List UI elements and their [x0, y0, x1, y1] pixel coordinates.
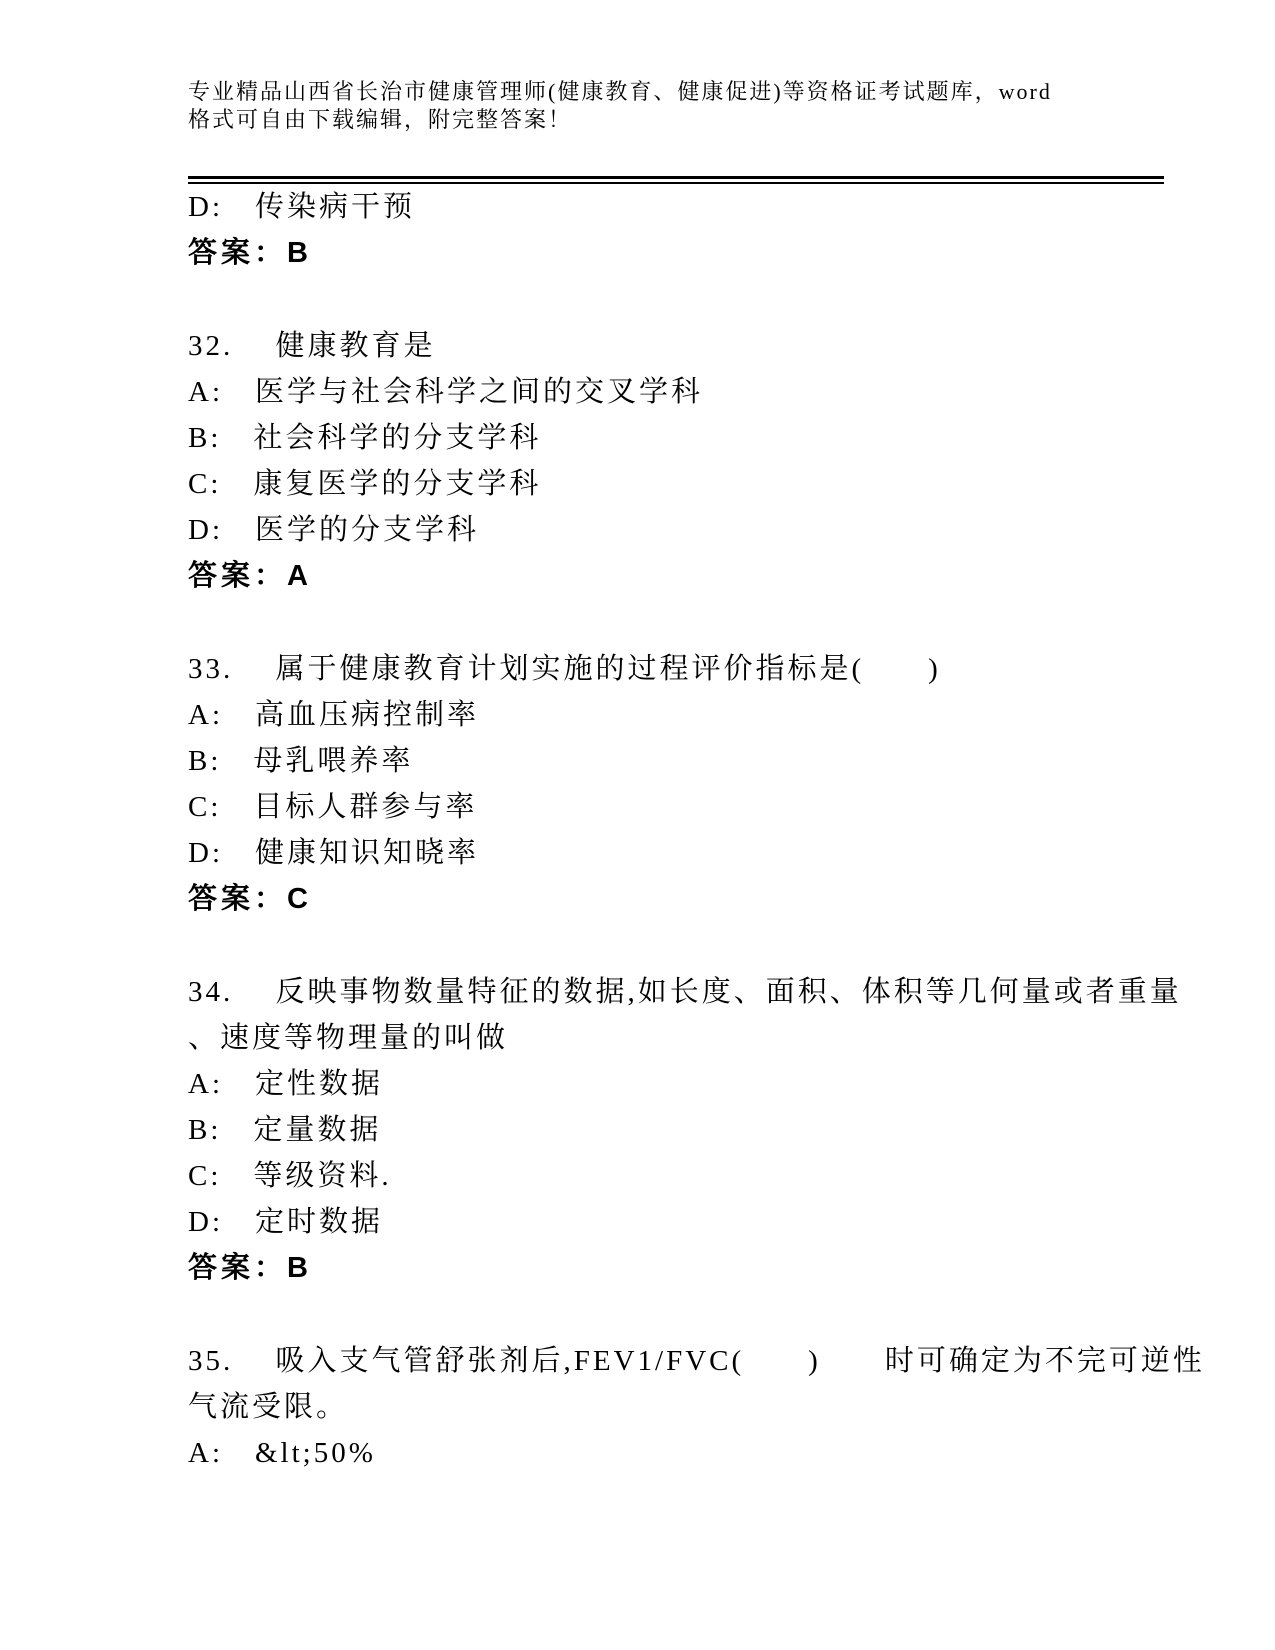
- q34-answer: 答案：B: [188, 1245, 1164, 1291]
- q33-title: 33. 属于健康教育计划实施的过程评价指标是( ): [188, 646, 1164, 692]
- q31-option-d: D: 传染病干预: [188, 184, 1164, 230]
- question-list: D: 传染病干预 答案：B 32. 健康教育是 A: 医学与社会科学之间的交叉学…: [188, 184, 1164, 1476]
- q35-option-a: A: &lt;50%: [188, 1430, 1164, 1476]
- q33-option-a: A: 高血压病控制率: [188, 692, 1164, 738]
- q33-answer: 答案：C: [188, 876, 1164, 922]
- header-line-1: 专业精品山西省长治市健康管理师(健康教育、健康促进)等资格证考试题库，word: [188, 78, 1164, 106]
- q34-option-b: B: 定量数据: [188, 1107, 1164, 1153]
- q35-title-line-2: 气流受限。: [188, 1384, 1164, 1430]
- q34-title-line-1: 34. 反映事物数量特征的数据,如长度、面积、体积等几何量或者重量: [188, 969, 1164, 1015]
- q32-answer: 答案：A: [188, 553, 1164, 599]
- q33-option-b: B: 母乳喂养率: [188, 738, 1164, 784]
- page-header: 专业精品山西省长治市健康管理师(健康教育、健康促进)等资格证考试题库，word …: [188, 0, 1164, 134]
- q33-option-c: C: 目标人群参与率: [188, 784, 1164, 830]
- document-page: { "header": { "line1": "专业精品山西省长治市健康管理师(…: [0, 0, 1275, 1650]
- q34-option-d: D: 定时数据: [188, 1199, 1164, 1245]
- header-line-2: 格式可自由下载编辑，附完整答案！: [188, 106, 1164, 134]
- q32-option-b: B: 社会科学的分支学科: [188, 415, 1164, 461]
- q32-option-d: D: 医学的分支学科: [188, 507, 1164, 553]
- page-content: 专业精品山西省长治市健康管理师(健康教育、健康促进)等资格证考试题库，word …: [188, 0, 1164, 1476]
- q34-option-a: A: 定性数据: [188, 1061, 1164, 1107]
- q32-option-a: A: 医学与社会科学之间的交叉学科: [188, 369, 1164, 415]
- q32-title: 32. 健康教育是: [188, 323, 1164, 369]
- header-divider-double-rule: [188, 176, 1164, 184]
- q32-option-c: C: 康复医学的分支学科: [188, 461, 1164, 507]
- q35-title-line-1: 35. 吸入支气管舒张剂后,FEV1/FVC( ) 时可确定为不完可逆性: [188, 1338, 1164, 1384]
- q31-answer: 答案：B: [188, 230, 1164, 276]
- q33-option-d: D: 健康知识知晓率: [188, 830, 1164, 876]
- q34-title-line-2: 、速度等物理量的叫做: [188, 1015, 1164, 1061]
- q34-option-c: C: 等级资料.: [188, 1153, 1164, 1199]
